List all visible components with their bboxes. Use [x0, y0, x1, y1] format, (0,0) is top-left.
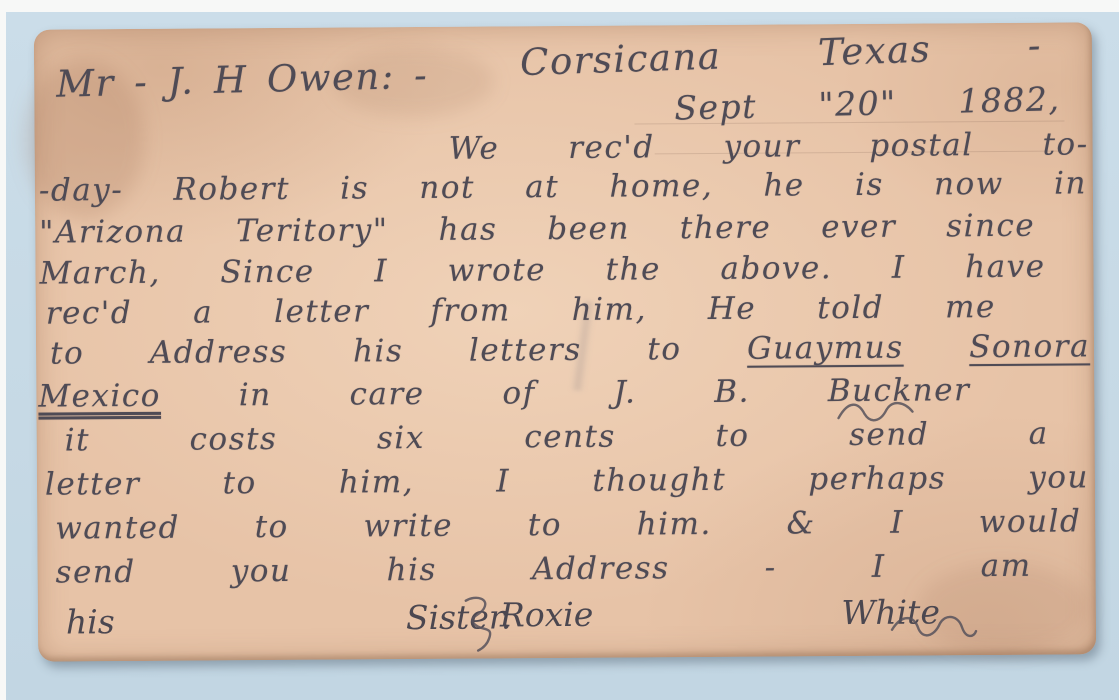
body-line-2: -day- Robert is not at home, he is now i… [39, 165, 1087, 208]
body-line-1: We rec'd your postal to- [449, 126, 1089, 166]
body-line-10: wanted to write to him. & I would [55, 503, 1081, 546]
place-line: Corsicana Texas - [519, 24, 1042, 84]
body-line-6: to Address his letters to Guaymus Sonora [50, 328, 1090, 371]
body-line-4: March, Since I wrote the above. I have [39, 249, 1045, 292]
body-line-11: send you his Address - I am [55, 548, 1031, 591]
underlined-word-guaymus: Guaymus [747, 330, 904, 367]
body-line-3: "Arizona Teritory" has been there ever s… [39, 208, 1035, 251]
postcard: Mr - J. H Owen: - Corsicana Texas - Sept… [34, 22, 1096, 661]
signature-prefix: his [66, 602, 115, 641]
pen-flourish-icon [836, 396, 916, 427]
pen-flourish-icon [458, 592, 498, 652]
underlined-word-mexico: Mexico [38, 378, 161, 415]
signature-name: Roxie White [500, 592, 940, 634]
recipient-line: Mr - J. H Owen: - [56, 54, 429, 106]
body-line-6-text: to Address his letters to [50, 331, 682, 371]
body-line-5: rec'd a letter from him, He told me [46, 289, 996, 332]
underlined-word-sonora: Sonora [969, 328, 1090, 365]
pen-flourish-icon [888, 611, 978, 657]
body-line-9: letter to him, I thought perhaps you [45, 459, 1089, 502]
body-line-7: Mexico in care of J. B. Buckner [38, 372, 970, 415]
